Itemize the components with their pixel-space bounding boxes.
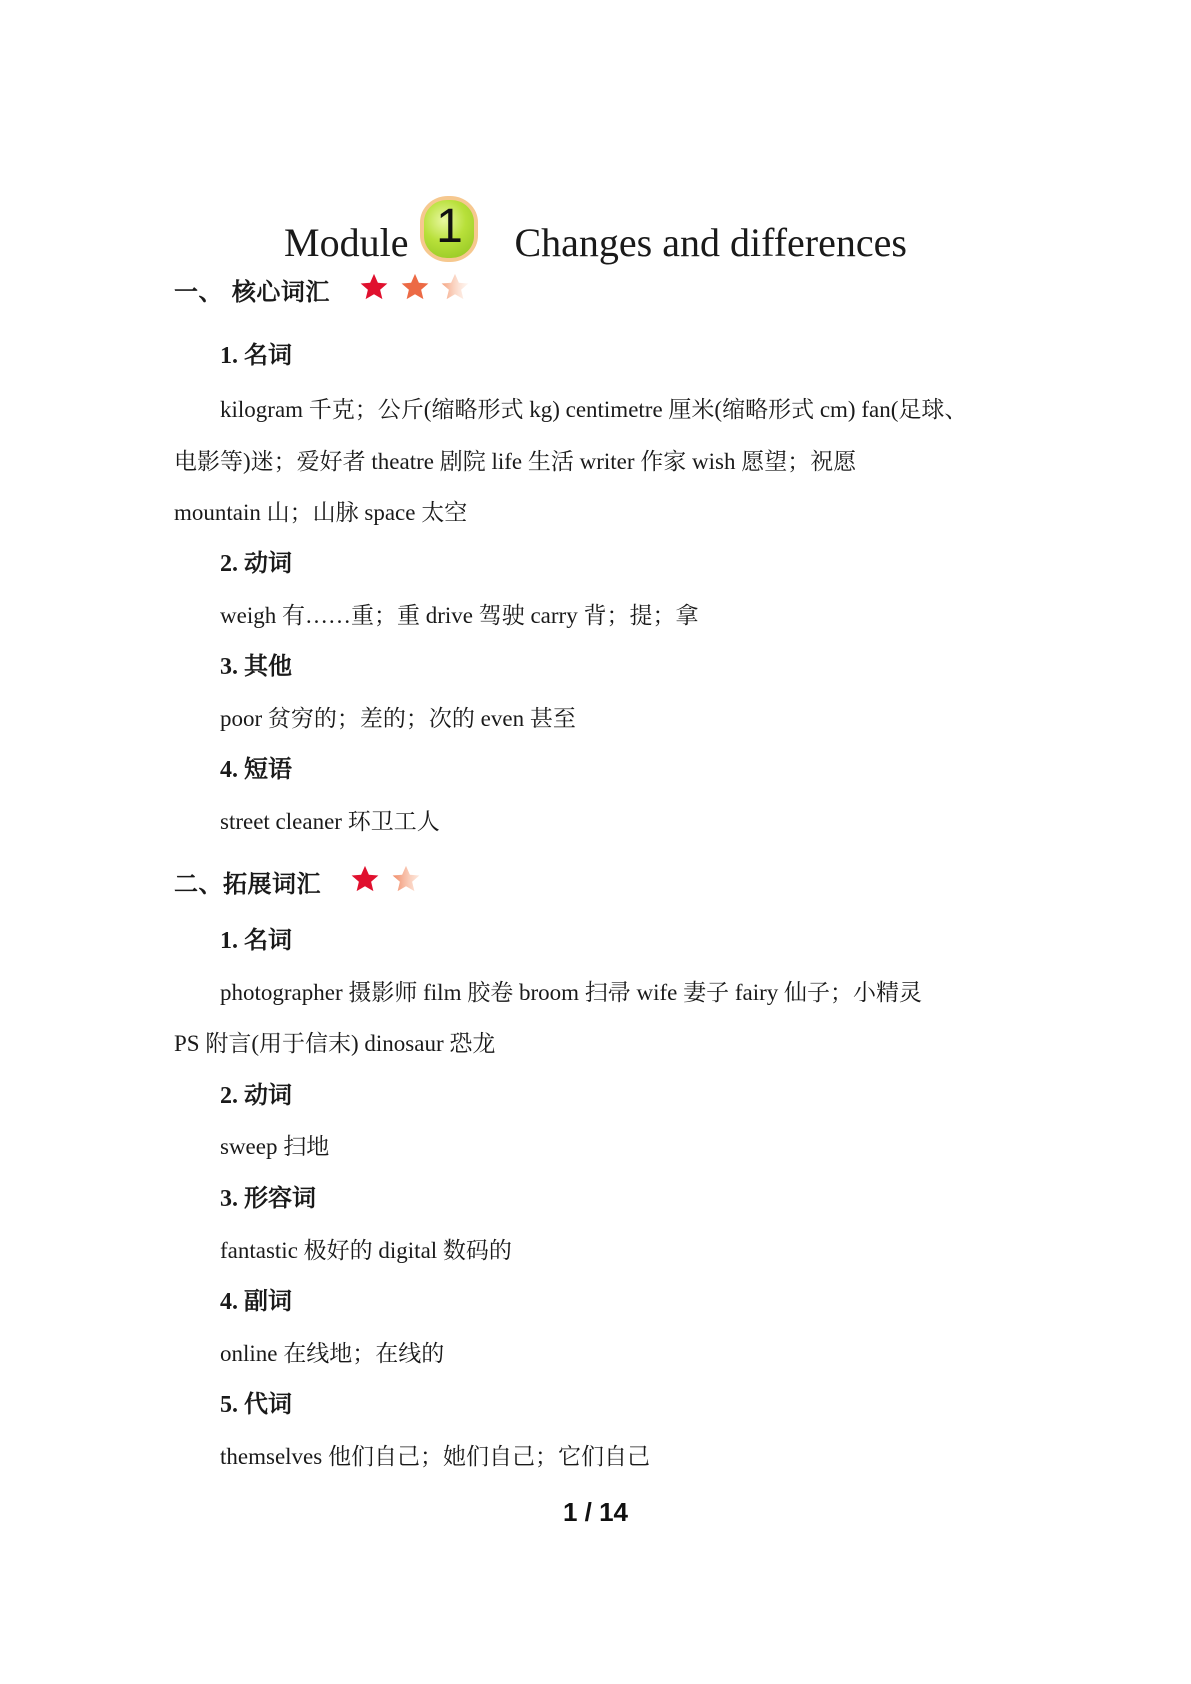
- vocab-line: weigh 有……重；重 drive 驾驶 carry 背；提；拿: [220, 600, 698, 632]
- group-label-adjectives: 3. 形容词: [220, 1183, 316, 1215]
- group-label-pronouns: 5. 代词: [220, 1389, 292, 1421]
- section-heading-core-vocab: 一、 核心词汇: [174, 272, 472, 310]
- module-number: 1: [420, 196, 478, 258]
- vocab-line: street cleaner 环卫工人: [220, 806, 440, 838]
- group-label-nouns: 1. 名词: [220, 340, 292, 372]
- vocab-line: sweep 扫地: [220, 1131, 329, 1163]
- vocab-line: photographer 摄影师 film 胶卷 broom 扫帚 wife 妻…: [220, 977, 922, 1009]
- star-icon: [400, 272, 430, 302]
- group-label-phrases: 4. 短语: [220, 754, 292, 786]
- group-label-nouns: 1. 名词: [220, 925, 292, 957]
- module-number-badge: 1: [420, 196, 478, 262]
- star-icon: [350, 864, 380, 894]
- group-label-others: 3. 其他: [220, 651, 292, 683]
- title-prefix: Module: [284, 219, 408, 267]
- star-icon: [359, 272, 389, 302]
- star-icon-faded: [440, 272, 470, 302]
- difficulty-stars: [359, 272, 473, 310]
- vocab-line: themselves 他们自己；她们自己；它们自己: [220, 1441, 650, 1473]
- section-heading-text: 二、拓展词汇: [174, 870, 321, 898]
- difficulty-stars: [350, 864, 423, 902]
- group-label-verbs: 2. 动词: [220, 548, 292, 580]
- vocab-line: PS 附言(用于信末) dinosaur 恐龙: [174, 1028, 495, 1060]
- star-icon-faded: [391, 864, 421, 894]
- vocab-line: fantastic 极好的 digital 数码的: [220, 1235, 512, 1267]
- page-number: 1 / 14: [0, 1496, 1191, 1528]
- page-title: Module1Changes and differences: [0, 196, 1191, 267]
- section-heading-text: 一、 核心词汇: [174, 278, 330, 306]
- vocab-line: 电影等)迷；爱好者 theatre 剧院 life 生活 writer 作家 w…: [174, 446, 856, 478]
- group-label-adverbs: 4. 副词: [220, 1286, 292, 1318]
- title-text: Changes and differences: [514, 220, 906, 265]
- vocab-line: online 在线地；在线的: [220, 1338, 444, 1370]
- vocab-line: mountain 山；山脉 space 太空: [174, 497, 467, 529]
- vocab-line: poor 贫穷的；差的；次的 even 甚至: [220, 703, 576, 735]
- vocab-line: kilogram 千克；公斤(缩略形式 kg) centimetre 厘米(缩略…: [220, 394, 967, 426]
- group-label-verbs: 2. 动词: [220, 1080, 292, 1112]
- section-heading-extended-vocab: 二、拓展词汇: [174, 864, 423, 902]
